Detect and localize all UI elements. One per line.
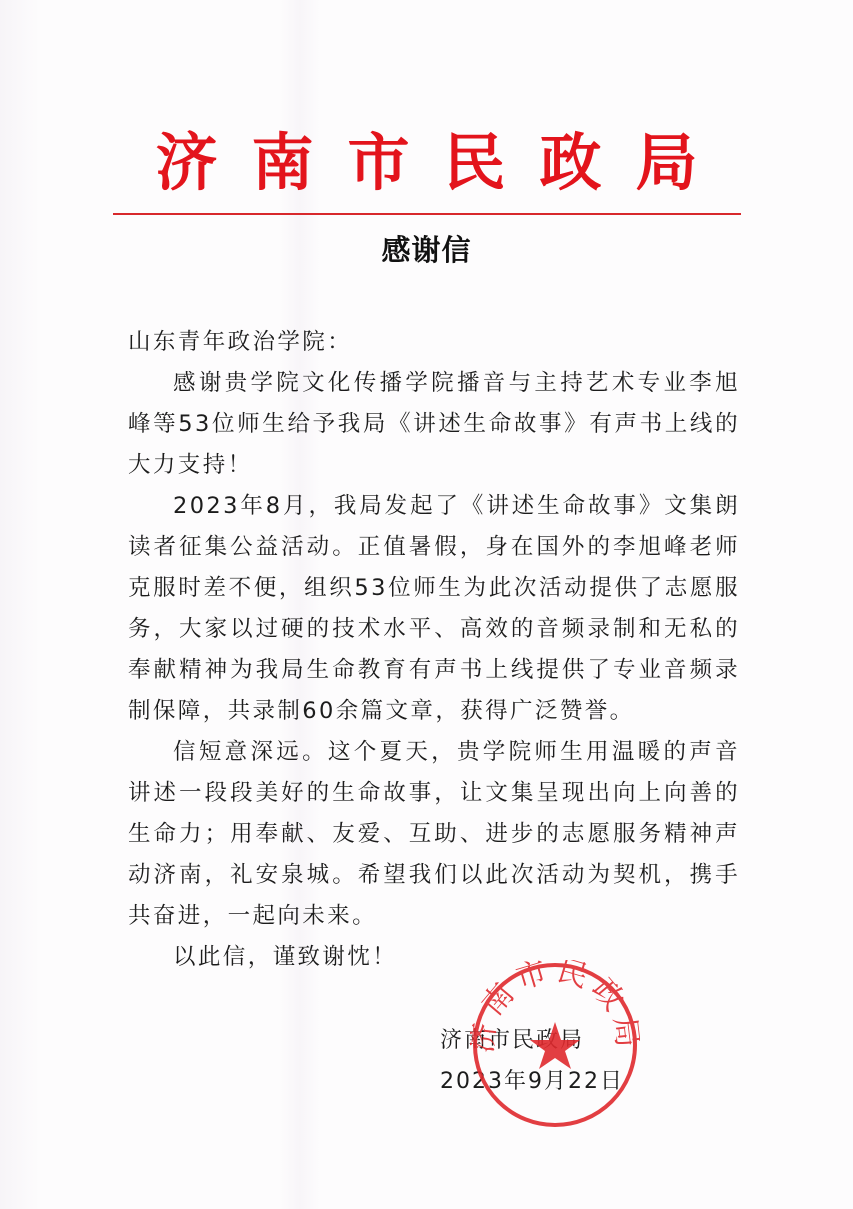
letter-body: 山东青年政治学院： 感谢贵学院文化传播学院播音与主持艺术专业李旭峰等53位师生给… — [128, 322, 740, 978]
letterhead-organization: 济南市民政局 — [0, 128, 853, 198]
paragraph-3: 信短意深远。这个夏天，贵学院师生用温暖的声音讲述一段段美好的生命故事，让文集呈现… — [128, 732, 740, 937]
salutation: 山东青年政治学院： — [128, 322, 740, 363]
paragraph-2: 2023年8月，我局发起了《讲述生命故事》文集朗读者征集公益活动。正值暑假，身在… — [128, 486, 740, 732]
star-icon — [530, 1022, 580, 1069]
official-seal: 济南市民政局 — [470, 960, 640, 1130]
closing-line: 以此信，谨致谢忱！ — [128, 937, 740, 978]
document-title: 感谢信 — [0, 228, 853, 269]
letterhead-divider — [113, 213, 741, 215]
paragraph-1: 感谢贵学院文化传播学院播音与主持艺术专业李旭峰等53位师生给予我局《讲述生命故事… — [128, 363, 740, 486]
